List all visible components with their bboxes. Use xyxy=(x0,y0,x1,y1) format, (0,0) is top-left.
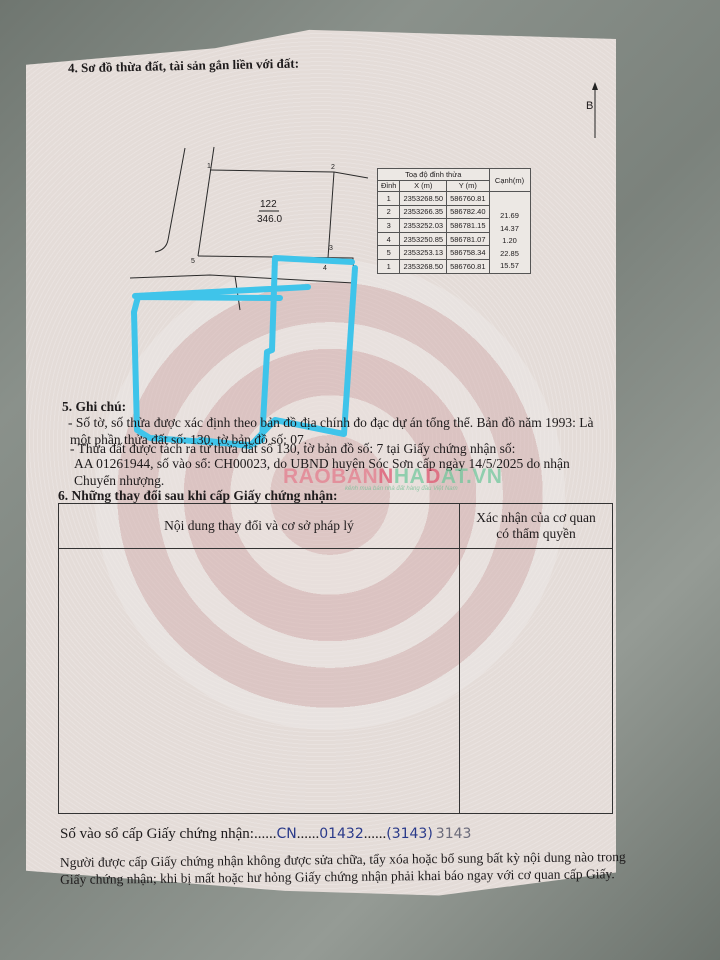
registry-label: Số vào sổ cấp Giấy chứng nhận: xyxy=(60,826,254,842)
registry-dots-2: ...... xyxy=(297,826,320,842)
confirmation-header-line1: Xác nhận của cơ quan xyxy=(476,510,596,525)
footer-note: Người được cấp Giấy chứng nhận không đượ… xyxy=(60,848,626,888)
changes-header-content: Nội dung thay đổi và cơ sở pháp lý xyxy=(59,504,460,549)
registry-dots-3: ...... xyxy=(364,826,387,842)
registry-dots: ...... xyxy=(254,826,277,842)
registry-paren: (3143) xyxy=(386,826,433,842)
registry-line: Số vào sổ cấp Giấy chứng nhận:......CN..… xyxy=(60,826,471,843)
section5-title: 5. Ghi chú: xyxy=(62,399,126,415)
section6-title: 6. Những thay đổi sau khi cấp Giấy chứng… xyxy=(58,488,338,504)
changes-table: Nội dung thay đổi và cơ sở pháp lý Xác n… xyxy=(58,503,613,814)
changes-header-confirmation: Xác nhận của cơ quan có thẩm quyền xyxy=(460,504,613,549)
registry-extra: 3143 xyxy=(436,826,472,842)
changes-confirmation-cell xyxy=(460,549,613,814)
changes-content-cell xyxy=(59,549,460,814)
registry-prefix: CN xyxy=(276,826,296,842)
confirmation-header-line2: có thẩm quyền xyxy=(496,526,575,541)
note-line-5: Chuyển nhượng. xyxy=(74,472,164,489)
watermark-tagline: kênh mua bán nhà đất hàng đầu Việt Nam xyxy=(345,486,458,492)
note-line-1: - Số tờ, số thửa được xác định theo bản … xyxy=(68,414,594,431)
registry-number: 01432 xyxy=(319,826,364,842)
